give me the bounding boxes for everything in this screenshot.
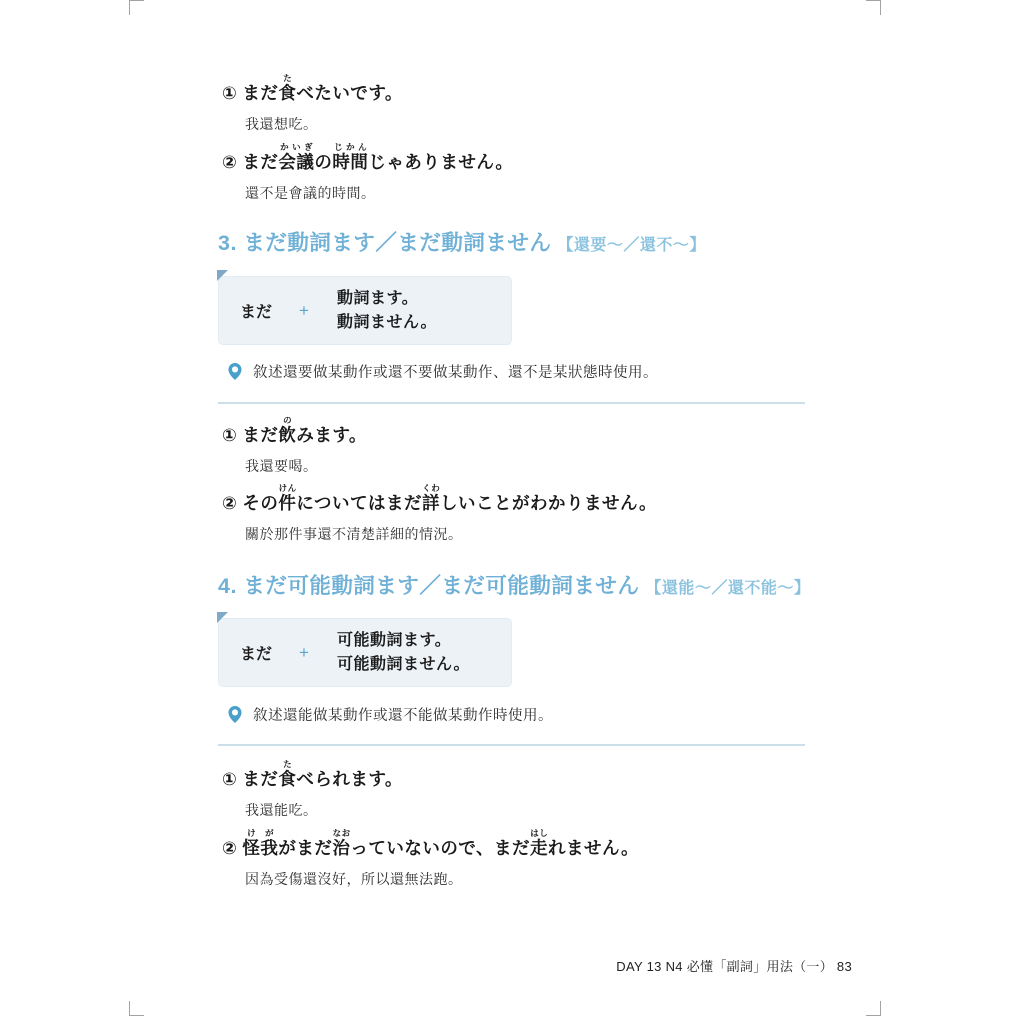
pattern-form-line: 可能動詞ません。 <box>337 653 470 677</box>
example-translation-zh: 我還想吃。 <box>245 114 822 134</box>
example-number: ② <box>222 838 237 858</box>
section-title: 4. まだ可能動詞ます／まだ可能動詞ません <box>218 574 639 598</box>
example-translation-zh: 還不是會議的時間。 <box>245 183 822 203</box>
pattern-form-line: 動詞ます。 <box>337 287 437 311</box>
section-heading: 3. まだ動詞ます／まだ動詞ません【還要〜／還不〜】 <box>218 226 818 257</box>
section-title: 3. まだ動詞ます／まだ動詞ません <box>218 231 551 255</box>
example-sentence-jp: ②まだ会議かいぎの時間じかんじゃありません。 <box>222 142 822 174</box>
pattern-form-line: 可能動詞ます。 <box>337 629 470 653</box>
example-number: ① <box>222 769 237 789</box>
example-item: ②その件けんについてはまだ詳くわしいことがわかりません。 關於那件事還不清楚詳細… <box>222 483 822 544</box>
usage-text: 敘述還要做某動作或還不要做某動作、還不是某狀態時使用。 <box>253 361 658 385</box>
folded-corner-icon <box>217 612 228 623</box>
section-heading: 4. まだ可能動詞ます／まだ可能動詞ません【還能〜／還不能〜】 <box>218 569 818 600</box>
example-item: ②怪我けががまだ治なおっていないので、まだ走はしれません。 因為受傷還沒好，所以… <box>222 828 822 889</box>
pattern-forms: 可能動詞ます。 可能動詞ません。 <box>337 629 470 677</box>
crop-mark-bottom-right-icon <box>866 1001 881 1016</box>
crop-mark-top-left-icon <box>129 0 144 15</box>
section-heading-note: 【還能〜／還不能〜】 <box>645 580 810 597</box>
example-item: ①まだ飲のみます。 我還要喝。 <box>222 415 822 476</box>
plus-sign: + <box>284 643 324 663</box>
section-divider <box>218 402 805 404</box>
pattern-box: まだ + 可能動詞ます。 可能動詞ません。 <box>218 618 512 687</box>
example-translation-zh: 關於那件事還不清楚詳細的情況。 <box>245 524 822 544</box>
example-item: ①まだ食たべられます。 我還能吃。 <box>222 759 822 820</box>
textbook-page: ①まだ食たべたいです。 我還想吃。 ②まだ会議かいぎの時間じかんじゃありません。… <box>0 0 1024 1024</box>
example-sentence-text: まだ食たべられます。 <box>242 769 403 789</box>
example-number: ② <box>222 152 237 172</box>
example-sentence-jp: ①まだ食たべたいです。 <box>222 73 822 105</box>
map-pin-icon <box>226 703 244 732</box>
example-item: ①まだ食たべたいです。 我還想吃。 <box>222 73 822 134</box>
pattern-word: まだ <box>240 641 284 664</box>
section-divider <box>218 744 805 746</box>
example-sentence-jp: ①まだ飲のみます。 <box>222 415 822 447</box>
usage-note: 敘述還要做某動作或還不要做某動作、還不是某狀態時使用。 <box>226 361 658 389</box>
usage-text: 敘述還能做某動作或還不能做某動作時使用。 <box>253 704 553 728</box>
pattern-box: まだ + 動詞ます。 動詞ません。 <box>218 276 512 345</box>
map-pin-icon <box>226 360 244 389</box>
example-sentence-text: その件けんについてはまだ詳くわしいことがわかりません。 <box>242 493 657 513</box>
example-translation-zh: 我還能吃。 <box>245 800 822 820</box>
example-sentence-jp: ②怪我けががまだ治なおっていないので、まだ走はしれません。 <box>222 828 822 860</box>
example-number: ② <box>222 493 237 513</box>
pattern-form-line: 動詞ません。 <box>337 311 437 335</box>
example-sentence-text: まだ会議かいぎの時間じかんじゃありません。 <box>242 152 513 172</box>
usage-note: 敘述還能做某動作或還不能做某動作時使用。 <box>226 704 553 732</box>
crop-mark-top-right-icon <box>866 0 881 15</box>
example-sentence-jp: ①まだ食たべられます。 <box>222 759 822 791</box>
folded-corner-icon <box>217 270 228 281</box>
example-sentence-text: 怪我けががまだ治なおっていないので、まだ走はしれません。 <box>242 838 639 858</box>
example-sentence-jp: ②その件けんについてはまだ詳くわしいことがわかりません。 <box>222 483 822 515</box>
example-item: ②まだ会議かいぎの時間じかんじゃありません。 還不是會議的時間。 <box>222 142 822 203</box>
example-translation-zh: 因為受傷還沒好，所以還無法跑。 <box>245 869 822 889</box>
example-sentence-text: まだ食たべたいです。 <box>242 83 403 103</box>
pattern-word: まだ <box>240 299 284 322</box>
example-sentence-text: まだ飲のみます。 <box>242 425 367 445</box>
crop-mark-bottom-left-icon <box>129 1001 144 1016</box>
plus-sign: + <box>284 301 324 321</box>
example-translation-zh: 我還要喝。 <box>245 456 822 476</box>
example-number: ① <box>222 83 237 103</box>
page-footer: DAY 13 N4 必懂「副詞」用法（一） 83 <box>616 956 852 975</box>
pattern-forms: 動詞ます。 動詞ません。 <box>337 287 437 335</box>
section-heading-note: 【還要〜／還不〜】 <box>557 237 706 254</box>
example-number: ① <box>222 425 237 445</box>
